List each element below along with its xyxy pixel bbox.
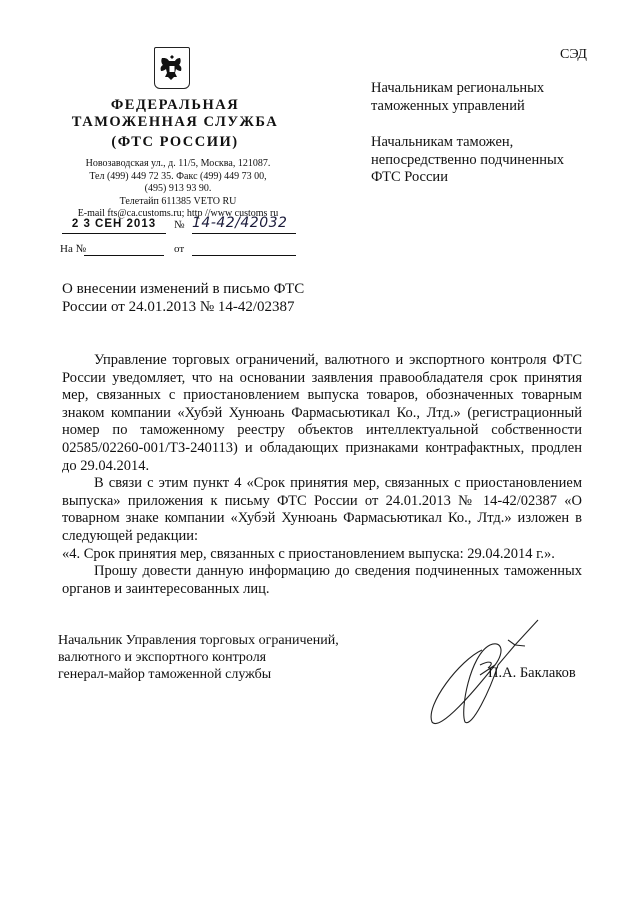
- addressee-line: непосредственно подчиненных: [371, 152, 611, 170]
- date-stamp: 2 3 СЕН 2013: [62, 218, 166, 234]
- subject-line: О внесении изменений в письмо ФТС: [62, 280, 362, 298]
- position-line: генерал-майор таможенной службы: [58, 666, 388, 683]
- org-name-line2: ТАМОЖЕННАЯ СЛУЖБА: [60, 114, 290, 131]
- addressee-line: ФТС России: [371, 169, 611, 187]
- ref-number-blank: [84, 255, 164, 256]
- ref-date-blank: [192, 255, 296, 256]
- addressee-line: Начальникам региональных: [371, 80, 611, 98]
- addressee-line: Начальникам таможен,: [371, 134, 611, 152]
- contact-info: Новозаводская ул., д. 11/5, Москва, 1210…: [58, 158, 298, 221]
- position-line: Начальник Управления торговых ограничени…: [58, 632, 388, 649]
- body-paragraph-3: «4. Срок принятия мер, связанных с приос…: [62, 546, 582, 564]
- addressee-line: таможенных управлений: [371, 98, 611, 116]
- phone-line: Тел (499) 449 72 35. Факс (499) 449 73 0…: [58, 171, 298, 184]
- coat-of-arms-icon: [154, 47, 190, 89]
- letter-subject: О внесении изменений в письмо ФТС России…: [62, 280, 362, 316]
- org-abbreviation: (ФТС РОССИИ): [60, 134, 290, 151]
- ref-date-label: от: [174, 243, 184, 255]
- body-paragraph-2: В связи с этим пункт 4 «Срок принятия ме…: [62, 475, 582, 545]
- number-sign: №: [174, 219, 185, 231]
- body-paragraph-4: Прошу довести данную информацию до сведе…: [62, 563, 582, 598]
- registration-number: 14-42/42032: [192, 215, 296, 234]
- teletype-line: Телетайп 611385 VETO RU: [58, 196, 298, 209]
- ref-number-label: На №: [60, 243, 86, 255]
- addressee-regional: Начальникам региональных таможенных упра…: [371, 80, 611, 115]
- reference-line: На № от: [60, 243, 300, 259]
- date-number-line: 2 3 СЕН 2013 № 14-42/42032: [60, 218, 300, 236]
- sed-marker: СЭД: [560, 47, 587, 63]
- position-line: валютного и экспортного контроля: [58, 649, 388, 666]
- org-name-line1: ФЕДЕРАЛЬНАЯ: [60, 97, 290, 114]
- phone-line-2: (495) 913 93 90.: [58, 183, 298, 196]
- body-paragraph-1: Управление торговых ограничений, валютно…: [62, 352, 582, 475]
- signatory-name: П.А. Баклаков: [488, 665, 576, 682]
- letter-body: Управление торговых ограничений, валютно…: [62, 352, 582, 598]
- address-line: Новозаводская ул., д. 11/5, Москва, 1210…: [58, 158, 298, 171]
- signatory-position: Начальник Управления торговых ограничени…: [58, 632, 388, 683]
- addressee-customs: Начальникам таможен, непосредственно под…: [371, 134, 611, 187]
- subject-line: России от 24.01.2013 № 14-42/02387: [62, 298, 362, 316]
